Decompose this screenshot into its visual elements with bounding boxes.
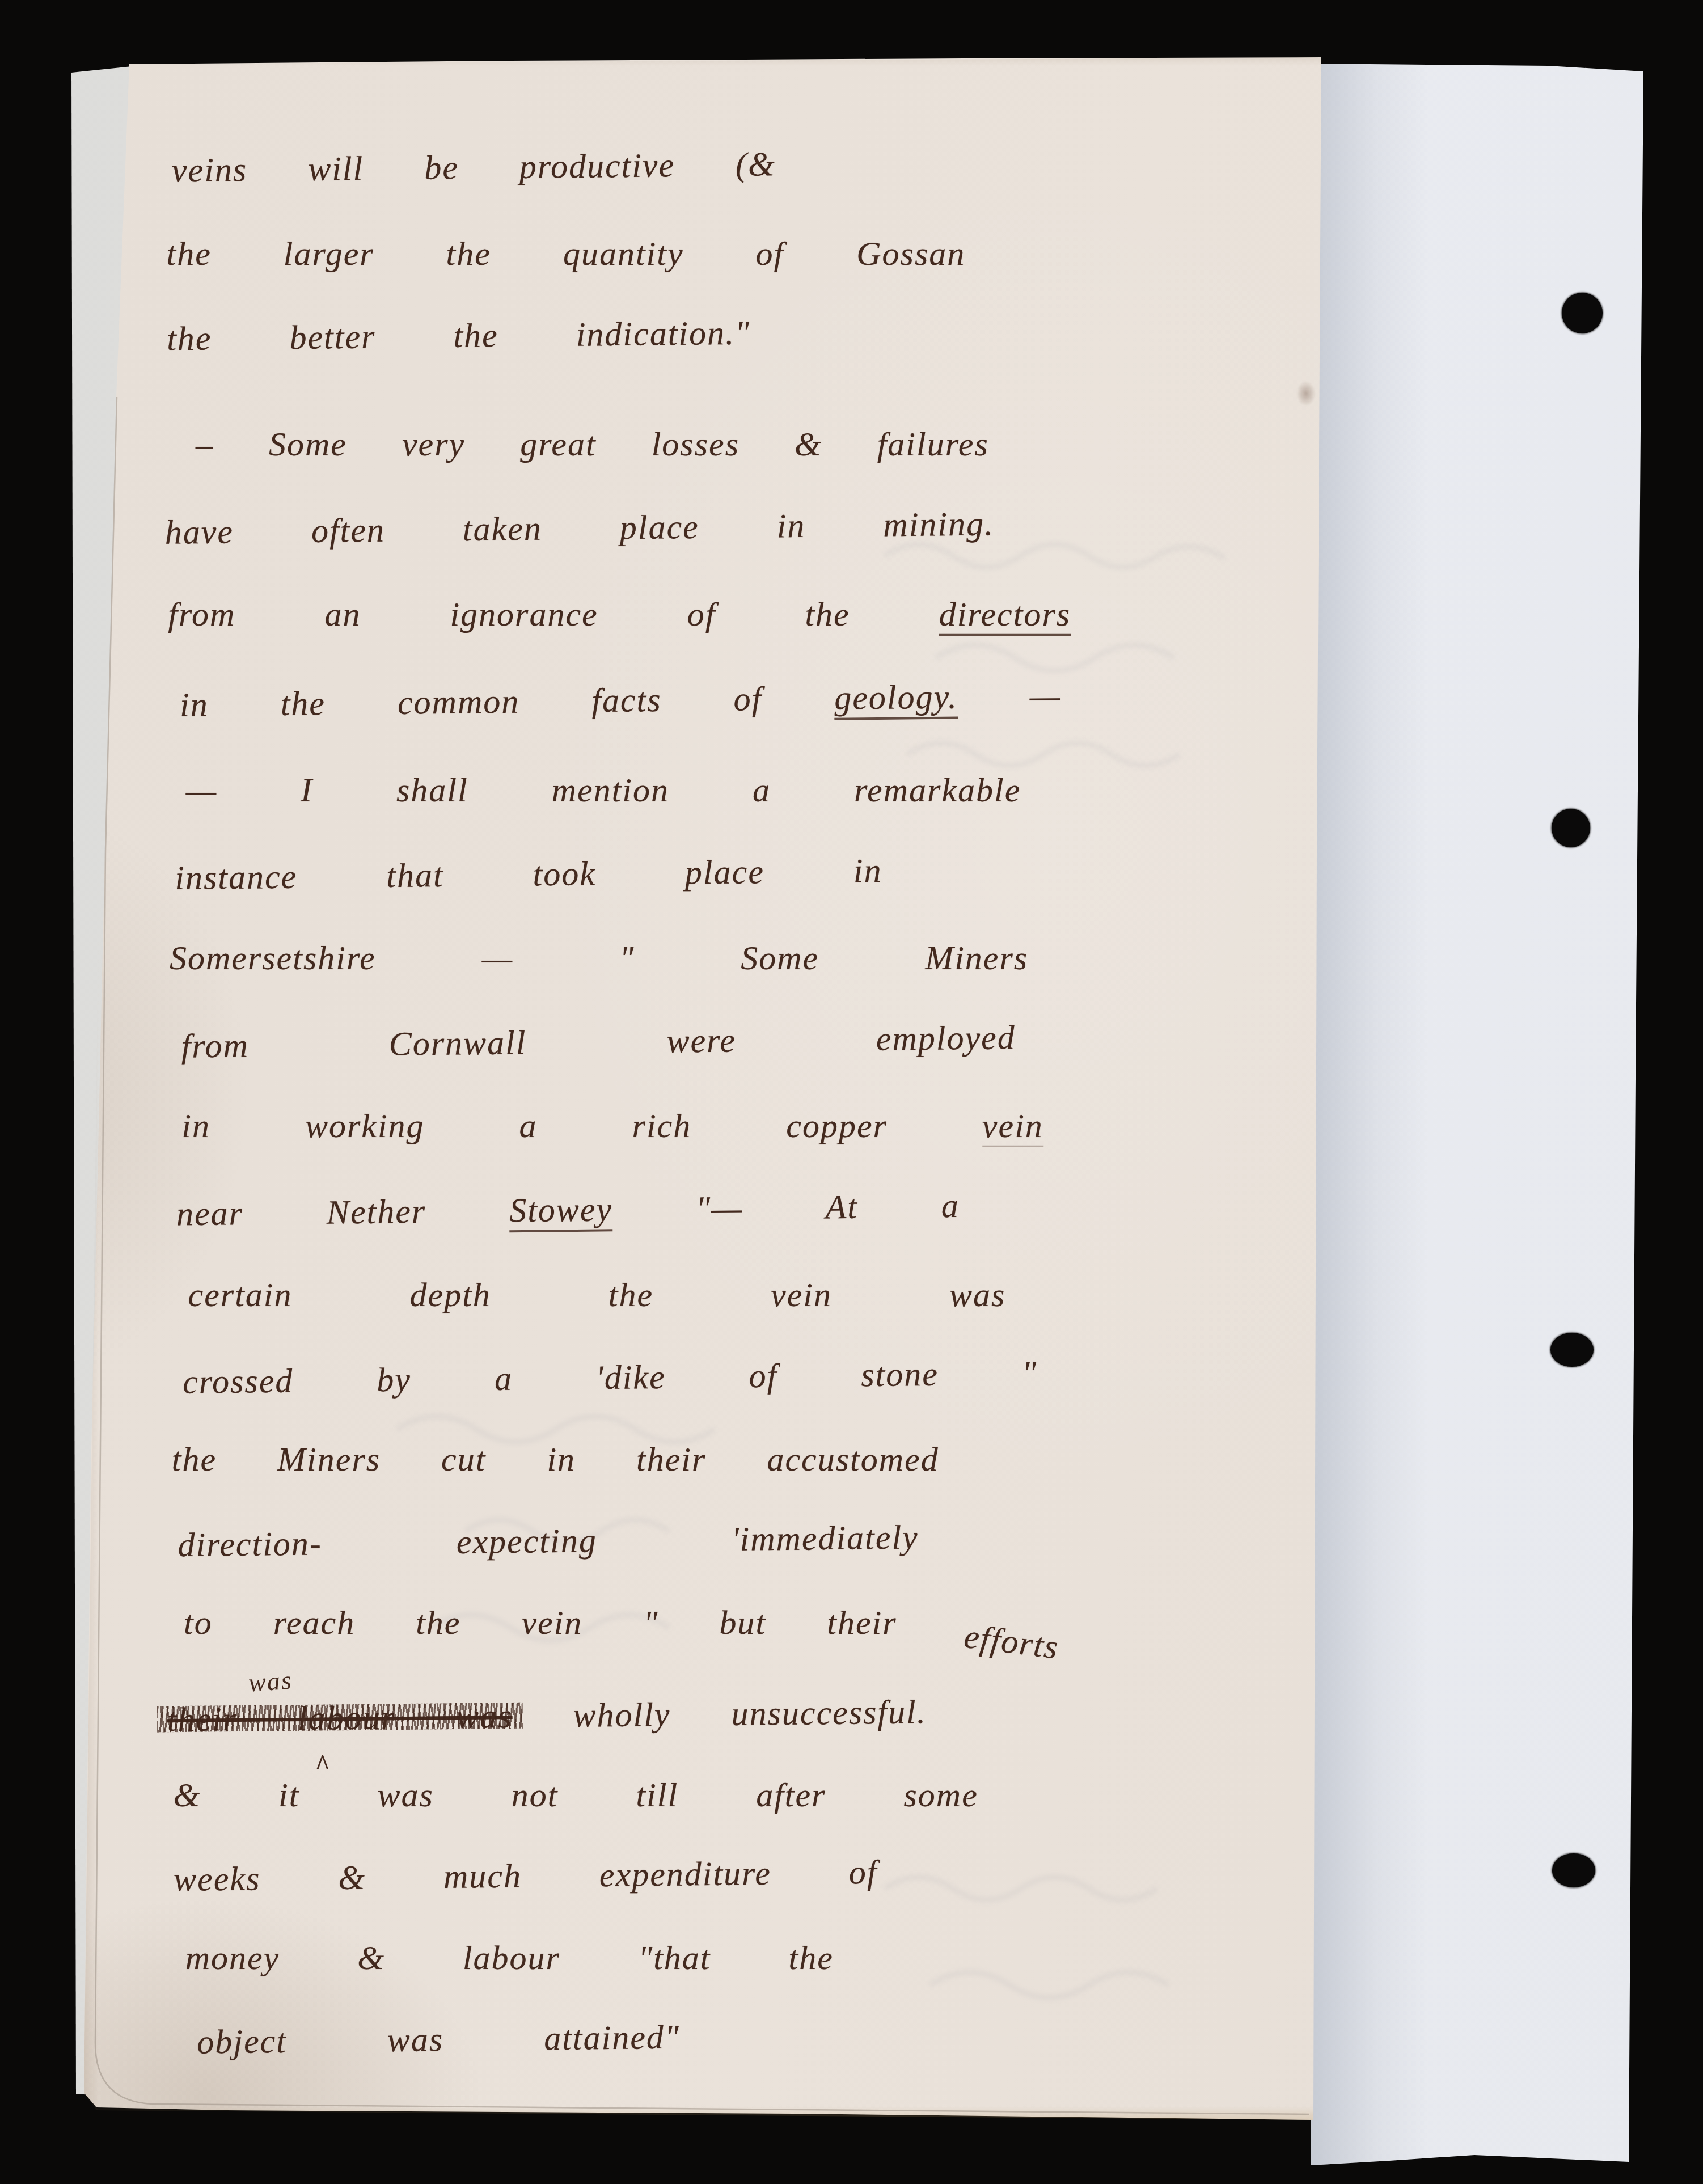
handwriting-segment: from an ignorance of the <box>168 595 939 633</box>
handwriting-segment-trail-down: efforts <box>962 1615 1062 1668</box>
handwriting-line: in working a rich copper vein <box>181 1105 1043 1147</box>
handwriting-text: veins will be productive (&the larger th… <box>0 0 1703 2184</box>
handwriting-line: have often taken place in mining. <box>164 502 994 553</box>
handwriting-line: crossed by a 'dike of stone " <box>183 1352 1038 1403</box>
handwriting-segment: wholly unsuccessful. <box>512 1693 927 1735</box>
handwriting-line: in the common facts of geology. — <box>180 675 1062 726</box>
handwriting-line: the better the indication." <box>167 312 751 360</box>
handwriting-line: — I shall mention a remarkable <box>186 769 1021 811</box>
handwriting-line: instance that took place in <box>175 850 882 899</box>
handwriting-segment-underline: geology. <box>834 678 958 720</box>
handwriting-segment: the better the indication." <box>167 314 751 358</box>
handwriting-segment: the larger the quantity of Gossan <box>167 235 966 272</box>
handwriting-segment: direction- expecting 'immediately <box>178 1519 919 1564</box>
handwriting-segment: — <box>957 677 1061 716</box>
handwriting-line: certain depth the vein was <box>188 1274 1006 1316</box>
inserted-word: was <box>247 1665 293 1697</box>
insertion-caret: ^ <box>315 1747 330 1782</box>
handwriting-line: to reach the vein " but their efforts <box>184 1602 1053 1644</box>
handwriting-segment: — I shall mention a remarkable <box>186 771 1021 809</box>
handwriting-segment-underline: Stowey <box>509 1190 613 1232</box>
handwriting-segment: to reach the vein " but their <box>184 1604 957 1641</box>
handwriting-segment: object was attained" <box>197 2018 680 2061</box>
handwriting-segment: money & labour "that the <box>185 1939 834 1976</box>
handwriting-segment: the Miners cut in their accustomed <box>172 1440 939 1478</box>
handwriting-segment: "— At a <box>612 1187 960 1228</box>
handwriting-line: veins will be productive (& <box>172 143 776 191</box>
handwriting-line: the larger the quantity of Gossan <box>167 233 966 274</box>
handwriting-line: near Nether Stowey "— At a <box>176 1185 960 1235</box>
handwriting-line: their labour was wholly unsuccessful. <box>167 1691 927 1741</box>
handwriting-line: direction- expecting 'immediately <box>178 1516 919 1566</box>
handwriting-segment: have often taken place in mining. <box>164 505 994 551</box>
handwriting-segment: certain depth the vein was <box>188 1276 1006 1313</box>
handwriting-segment: veins will be productive (& <box>172 145 776 189</box>
handwriting-segment: weeks & much expenditure of <box>174 1853 878 1898</box>
handwriting-line: money & labour "that the <box>185 1937 834 1979</box>
handwriting-segment: instance that took place in <box>175 852 882 897</box>
handwriting-line: – Some very great losses & failures <box>196 423 989 465</box>
handwriting-segment: near Nether <box>176 1192 510 1232</box>
handwriting-segment: in working a rich copper <box>181 1107 982 1144</box>
handwriting-segment: – Some very great losses & failures <box>196 425 989 463</box>
handwriting-segment-underline: directors <box>939 595 1071 636</box>
handwriting-segment-underline-faint: vein <box>982 1107 1043 1147</box>
handwriting-segment: Somersetshire — " Some Miners <box>170 939 1028 977</box>
photograph-black-background: { "manuscript": { "lines": [ {"segments"… <box>0 0 1703 2184</box>
handwriting-segment-scribbled-out: their labour was <box>167 1697 512 1738</box>
handwriting-segment: & it was not till after some <box>173 1776 978 1814</box>
handwriting-line: from an ignorance of the directors <box>168 593 1071 635</box>
handwriting-segment: from Cornwall were employed <box>181 1019 1016 1064</box>
handwriting-segment: crossed by a 'dike of stone " <box>183 1354 1038 1401</box>
handwriting-line: Somersetshire — " Some Miners <box>170 937 1028 979</box>
handwriting-line: from Cornwall were employed <box>181 1016 1016 1067</box>
handwriting-line: & it was not till after some <box>173 1774 978 1816</box>
handwriting-segment: in the common facts of <box>180 679 835 724</box>
handwriting-line: the Miners cut in their accustomed <box>172 1438 939 1480</box>
handwriting-line: object was attained" <box>197 2016 681 2063</box>
handwriting-line: weeks & much expenditure of <box>174 1851 878 1900</box>
